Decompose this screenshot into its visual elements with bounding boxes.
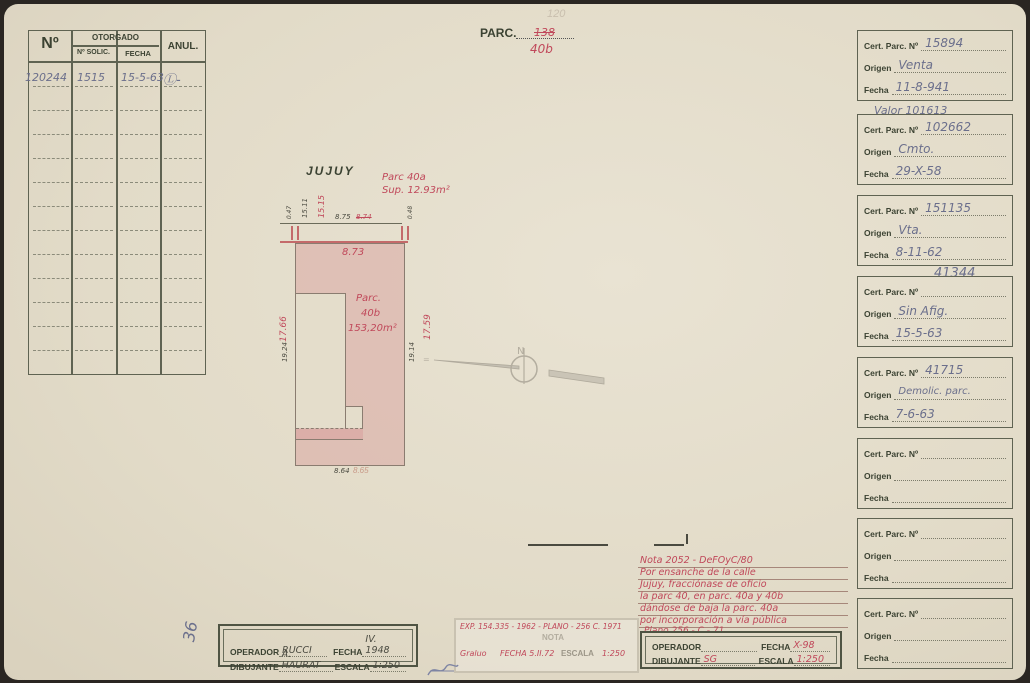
cert-fecha bbox=[892, 647, 1006, 663]
footer-stamp-faded: EXP. 154.335 - 1962 - PLANO - 256 C. 197… bbox=[454, 618, 639, 673]
side-mark: 36 bbox=[179, 620, 201, 643]
neighbor-note-line1: Parc 40a bbox=[382, 172, 426, 183]
expediente-text: EXP. 154.335 - 1962 - PLANO - 256 C. 197… bbox=[460, 622, 622, 631]
cert-fecha: 7-6-63 bbox=[892, 406, 1006, 422]
parcel-card: Nº OTORGADO Nº SOLIC. FECHA ANUL. 120244… bbox=[4, 4, 1026, 680]
escala-label-faded: ESCALA bbox=[561, 649, 594, 658]
note-line-4: la parc 40, en parc. 40a y 40b bbox=[640, 591, 783, 602]
bottom-width-b: 8.65 bbox=[353, 466, 369, 475]
front-measure-4: 8.75 bbox=[335, 213, 351, 221]
cert-origen: Venta bbox=[894, 57, 1006, 73]
note-line-6: por incorporación a vía pública bbox=[640, 615, 787, 626]
nota-label: NOTA bbox=[542, 633, 564, 642]
cert-box-1: Cert. Parc. Nº15894 OrigenVenta Fecha11-… bbox=[857, 30, 1013, 101]
row-no-solic: 1515 bbox=[77, 71, 105, 84]
row-no: 120244 bbox=[25, 71, 67, 84]
escala-value: 1:250 bbox=[794, 654, 830, 666]
row-fecha: 15-5-63 bbox=[121, 71, 164, 84]
cert-fecha: 15-5-63 bbox=[892, 325, 1006, 341]
cert-origen bbox=[894, 545, 1006, 561]
cert-fecha: 29-X-58 bbox=[892, 163, 1006, 179]
cert-box-8: Cert. Parc. Nº Origen Fecha bbox=[857, 598, 1013, 669]
cert-number: 151135 bbox=[921, 200, 1006, 216]
neighbor-note-line2: Sup. 12.93m² bbox=[382, 185, 450, 196]
north-arrow-icon: N = bbox=[419, 342, 609, 390]
cert-origen bbox=[894, 625, 1006, 641]
cert-fecha bbox=[892, 567, 1006, 583]
cert-origen: Cmto. bbox=[894, 141, 1006, 157]
front-measure-2: 15.11 bbox=[301, 198, 309, 218]
parcel-faint: 120 bbox=[547, 8, 565, 20]
cert-box-3: Cert. Parc. Nº151135 OrigenVta. Fecha8-1… bbox=[857, 195, 1013, 266]
cert-number: 41715 bbox=[921, 362, 1006, 378]
cert-fecha: 8-11-62 bbox=[892, 244, 1006, 260]
signature-icon bbox=[426, 659, 460, 679]
cert-number: 102662 bbox=[921, 119, 1006, 135]
cert-number bbox=[921, 603, 1006, 619]
right-side-b: 19.14 bbox=[408, 342, 416, 362]
note-line-2: Por ensanche de la calle bbox=[640, 567, 756, 578]
header-fecha: FECHA bbox=[116, 49, 160, 58]
footer-stamp-original: OPERADOR RUCCI FECHA IV. 1948 DIBUJANTE … bbox=[218, 624, 418, 667]
cert-origen: Demolic. parc. bbox=[894, 384, 1006, 400]
operador-value bbox=[701, 651, 757, 652]
front-measure-3: 15.15 bbox=[317, 195, 326, 218]
cert-number bbox=[921, 281, 1006, 297]
svg-text:=: = bbox=[423, 355, 430, 364]
otorgado-table: Nº OTORGADO Nº SOLIC. FECHA ANUL. 120244… bbox=[28, 30, 206, 375]
parcel-value: 40b bbox=[530, 42, 553, 56]
header-no-solic: Nº SOLIC. bbox=[71, 49, 116, 56]
note-line-3: Jujuy, fracciónase de oficio bbox=[640, 579, 767, 590]
header-no: Nº bbox=[29, 35, 71, 53]
cert-box-7: Cert. Parc. Nº Origen Fecha bbox=[857, 518, 1013, 589]
front-measure-6: 0.48 bbox=[407, 206, 414, 219]
fecha-faded: FECHA 5.II.72 bbox=[500, 649, 554, 658]
left-side-a: 17.66 bbox=[279, 316, 289, 342]
front-width: 8.73 bbox=[342, 247, 364, 258]
escala-value: 1:250 bbox=[370, 660, 406, 672]
escala-faded: 1:250 bbox=[602, 649, 625, 658]
cert-number bbox=[921, 443, 1006, 459]
parcel-struck: 138 bbox=[534, 26, 555, 39]
parcel-name-line1: Parc. bbox=[356, 293, 381, 304]
note-line-5: dándose de baja la parc. 40a bbox=[640, 603, 778, 614]
cert-box-2: Cert. Parc. Nº102662 OrigenCmto. Fecha29… bbox=[857, 114, 1013, 185]
parcel-area: 153,20m² bbox=[348, 323, 397, 334]
inner-courtyard bbox=[296, 293, 346, 429]
cert-fecha bbox=[892, 487, 1006, 503]
note-line-1: Nota 2052 - DeFOyC/80 bbox=[640, 555, 753, 566]
svg-text:N: N bbox=[517, 346, 524, 357]
cert-number bbox=[921, 523, 1006, 539]
header-anul: ANUL. bbox=[160, 41, 206, 52]
street-name: JUJUY bbox=[306, 164, 355, 178]
cert-box-6: Cert. Parc. Nº Origen Fecha bbox=[857, 438, 1013, 509]
cert-origen: Sin Afig. bbox=[894, 303, 1006, 319]
right-side-a: 17.59 bbox=[423, 314, 433, 340]
cert-origen bbox=[894, 465, 1006, 481]
bottom-width-a: 8.64 bbox=[334, 467, 350, 475]
parcel-name-line2: 40b bbox=[361, 308, 380, 319]
front-measure-1: 0.47 bbox=[286, 206, 293, 219]
footer-stamp-current: OPERADOR FECHA X-98 DIBUJANTE SG ESCALA … bbox=[640, 631, 842, 669]
cert-box-5: Cert. Parc. Nº41715 OrigenDemolic. parc.… bbox=[857, 357, 1013, 428]
front-measure-5: 8.74 bbox=[356, 213, 372, 221]
left-side-b: 19.24 bbox=[281, 342, 289, 362]
header-otorgado: OTORGADO bbox=[71, 33, 160, 42]
cert-box-4: Cert. Parc. Nº OrigenSin Afig. Fecha15-5… bbox=[857, 276, 1013, 347]
cert-fecha: 11-8-941 bbox=[892, 79, 1006, 95]
dibujante-faded: Graluo bbox=[460, 649, 487, 658]
cert-number: 15894 bbox=[921, 35, 1006, 51]
parcel-label: PARC. bbox=[480, 26, 516, 40]
dibujante-value: A. HAURAT bbox=[279, 649, 333, 672]
dibujante-value: SG bbox=[701, 654, 755, 666]
cert-origen: Vta. bbox=[894, 222, 1006, 238]
fecha-value: X-98 bbox=[790, 640, 830, 652]
